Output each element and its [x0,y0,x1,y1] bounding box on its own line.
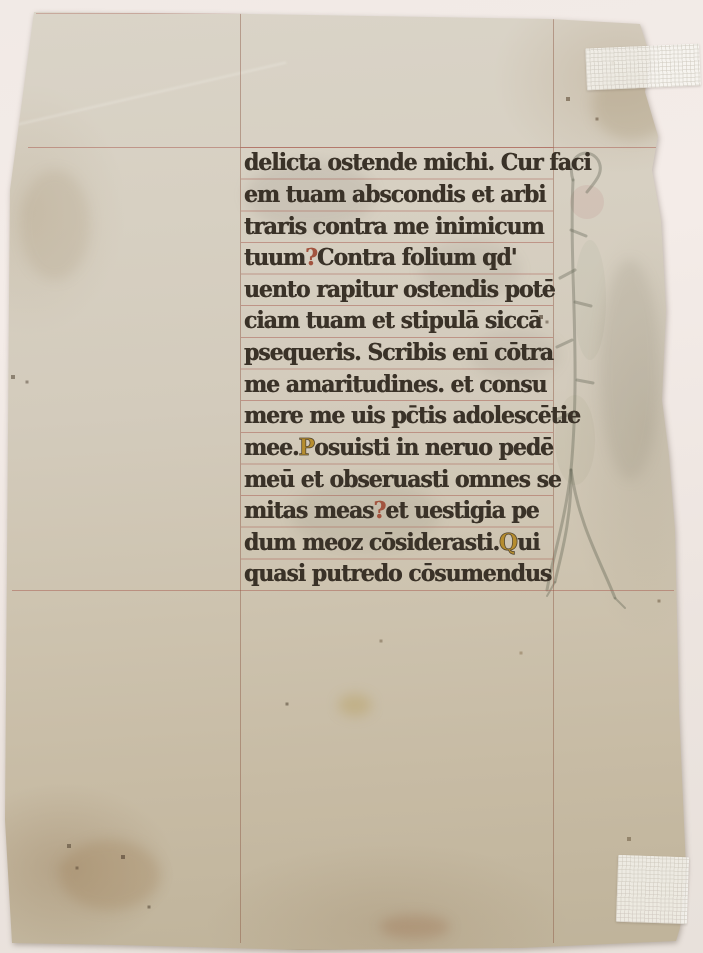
vellum-surface: delicta ostende michi. Cur faciem tuam a… [0,0,703,953]
text-segment: ciam tuam et stipulā siccā [244,307,542,334]
text-block: delicta ostende michi. Cur faciem tuam a… [241,147,553,590]
text-line: uento rapitur ostendis potē [241,274,537,306]
text-segment: meū et obseruasti omnes se [244,466,561,493]
crease-line [0,61,286,131]
text-line: tuum? Contra folium qd' [241,242,537,274]
floral-showthrough-decoration [545,140,660,640]
text-segment: ? [373,497,385,524]
text-line: meū et obseruasti omnes se [241,463,537,495]
text-line: dum meoz cōsiderasti. Qui [241,527,537,559]
text-line: em tuam abscondis et arbi [241,179,537,211]
text-segment: Contra folium qd' [317,244,517,271]
text-segment: em tuam abscondis et arbi [244,181,546,208]
tape-top-right [585,44,701,91]
text-segment: delicta ostende michi. Cur faci [244,149,591,176]
text-segment: ? [305,244,317,271]
text-line: traris contra me inimicum [241,210,537,242]
text-segment: uento rapitur ostendis potē [244,276,555,303]
text-segment: me amaritudines. et consu [244,371,547,398]
text-segment: tuum [244,244,305,271]
stain [20,170,90,280]
text-line: mitas meas? et uestigia pe [241,495,537,527]
text-segment: mee. [244,434,299,461]
ruling-line-horizontal [36,13,636,14]
text-segment: psequeris. Scribis enī cōtra [244,339,553,366]
ruling-line-horizontal [12,590,674,591]
text-segment: dum meoz cōsiderasti. [244,529,499,556]
text-line: ciam tuam et stipulā siccā [241,305,537,337]
text-segment: ui [517,529,539,556]
stain [338,694,372,716]
tape-bottom-right [616,855,689,924]
stain [380,915,450,939]
text-line: me amaritudines. et consu [241,368,537,400]
text-segment: P [299,434,314,461]
text-line: psequeris. Scribis enī cōtra [241,337,537,369]
text-segment: traris contra me inimicum [244,213,544,240]
photo-backdrop: delicta ostende michi. Cur faciem tuam a… [0,0,703,953]
manuscript-leaf: delicta ostende michi. Cur faciem tuam a… [0,0,703,953]
text-line: quasi putredo cōsumendus [241,558,537,590]
text-segment: quasi putredo cōsumendus [244,560,551,587]
text-line: mere me uis pc̄tis adolescētie [241,400,537,432]
text-line: mee. Posuisti in neruo pedē [241,432,537,464]
text-segment: mitas meas [244,497,374,524]
stain [60,840,160,910]
text-segment: et uestigia pe [385,497,538,524]
ink-specks [0,0,2,2]
text-line: delicta ostende michi. Cur faci [241,147,537,179]
text-segment: mere me uis pc̄tis adolescētie [244,402,580,429]
text-segment: osuisti in neruo pedē [314,434,553,461]
text-segment: Q [499,529,517,556]
